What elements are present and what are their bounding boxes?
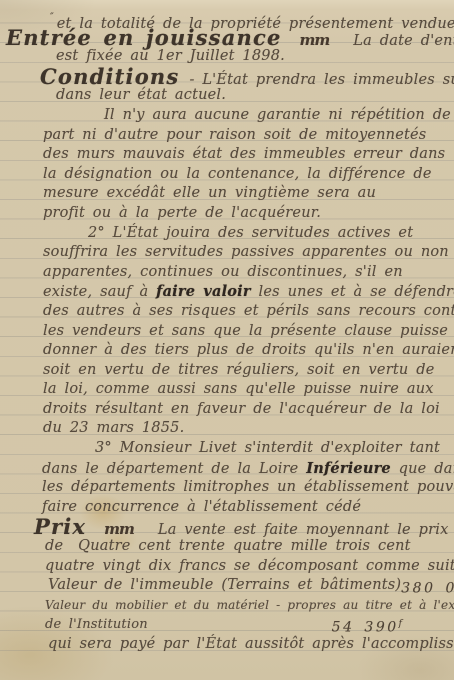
line-text: 2° L'État jouira des servitudes actives … [88, 225, 413, 241]
amount-text: 54 390f [332, 615, 402, 635]
line-text: des murs mauvais état des immeubles erre… [43, 146, 445, 162]
manuscript-line: 3° Monsieur Livet s'interdit d'exploiter… [0, 439, 454, 459]
line-text: quatre vingt dix francs se décomposant c… [45, 558, 454, 574]
rest-text: - L'État prendra les immeubles sus vendu… [189, 72, 454, 88]
manuscript-line: quatre vingt dix francs se décomposant c… [0, 557, 454, 577]
line-text: donner à des tiers plus de droits qu'ils… [43, 342, 454, 358]
line-text: est fixée au 1er Juillet 1898. [56, 48, 285, 64]
emph-text: faire valoir [156, 283, 251, 300]
rest-text: La vente est faite moyennant le prix [158, 522, 449, 538]
manuscript-text: ″et la totalité de la propriété présente… [0, 8, 454, 655]
filler-text: mm [300, 31, 330, 49]
line-text: apparentes, continues ou discontinues, s… [43, 264, 403, 280]
line-text: la loi, comme aussi sans qu'elle puisse … [43, 381, 434, 397]
line-text: les unes et à se défendre [251, 284, 454, 300]
line-text: les départements limitrophes un établiss… [42, 479, 454, 495]
line-text: mesure excédât elle un vingtième sera au [43, 185, 376, 201]
line-text: droits résultant en faveur de l'acquéreu… [43, 401, 440, 417]
line-text: dans leur état actuel. [56, 87, 226, 103]
manuscript-line: dans leur état actuel. [0, 86, 454, 106]
manuscript-line: soit en vertu de titres réguliers, soit … [0, 361, 454, 381]
manuscript-line: des autres à ses risques et périls sans … [0, 302, 454, 322]
line-text: de Quatre cent trente quatre mille trois… [45, 538, 411, 554]
heading-text: Prix [34, 514, 86, 539]
amount-text: 380 000f [401, 576, 454, 596]
emph-text: Inférieure [306, 460, 391, 477]
manuscript-line: qui sera payé par l'État aussitôt après … [0, 635, 454, 655]
manuscript-line: de Quatre cent trente quatre mille trois… [0, 537, 454, 557]
manuscript-line: la désignation ou la contenance, la diff… [0, 165, 454, 185]
manuscript-page: ″et la totalité de la propriété présente… [0, 0, 454, 680]
heading-text: Conditions [40, 64, 179, 89]
currency-suffix: f [399, 619, 402, 629]
manuscript-line: apparentes, continues ou discontinues, s… [0, 263, 454, 283]
manuscript-line: de l'Institution54 390f [0, 615, 454, 635]
manuscript-line: dans le département de la Loire Inférieu… [0, 459, 454, 479]
line-text: qui sera payé par l'État aussitôt après … [48, 636, 454, 652]
manuscript-line: profit ou à la perte de l'acquéreur. [0, 204, 454, 224]
manuscript-line: Conditions- L'État prendra les immeubles… [0, 67, 454, 87]
manuscript-line: part ni d'autre pour raison soit de mito… [0, 126, 454, 146]
line-text: la désignation ou la contenance, la diff… [43, 166, 432, 182]
line-text: des autres à ses risques et périls sans … [43, 303, 454, 319]
line-text: 3° Monsieur Livet s'interdit d'exploiter… [95, 440, 440, 456]
manuscript-line: droits résultant en faveur de l'acquéreu… [0, 400, 454, 420]
manuscript-line: les départements limitrophes un établiss… [0, 478, 454, 498]
manuscript-line: du 23 mars 1855. [0, 419, 454, 439]
line-text: part ni d'autre pour raison soit de mito… [43, 127, 426, 143]
filler-text: mm [104, 520, 134, 538]
line-text: les vendeurs et sans que la présente cla… [43, 323, 448, 339]
line-text: souffrira les servitudes passives appare… [43, 244, 449, 260]
line-text: que dans [391, 461, 454, 477]
caret-mark-text: ″ [50, 12, 53, 23]
line-text: soit en vertu de titres réguliers, soit … [43, 362, 434, 378]
manuscript-line: existe, sauf à faire valoir les unes et … [0, 282, 454, 302]
manuscript-line: les vendeurs et sans que la présente cla… [0, 322, 454, 342]
line-text: profit ou à la perte de l'acquéreur. [43, 205, 321, 221]
line-text: du 23 mars 1855. [43, 420, 184, 436]
heading-text: Entrée en jouissance [6, 25, 282, 50]
manuscript-line: Valeur de l'immeuble (Terrains et bâtime… [0, 576, 454, 596]
manuscript-line: souffrira les servitudes passives appare… [0, 243, 454, 263]
manuscript-line: PrixmmLa vente est faite moyennant le pr… [0, 517, 454, 537]
manuscript-line: Valeur du mobilier et du matériel - prop… [0, 596, 454, 616]
manuscript-line: la loi, comme aussi sans qu'elle puisse … [0, 380, 454, 400]
manuscript-line: donner à des tiers plus de droits qu'ils… [0, 341, 454, 361]
manuscript-line: mesure excédât elle un vingtième sera au [0, 184, 454, 204]
line-text: Valeur du mobilier et du matériel - prop… [45, 598, 454, 612]
line-text: dans le département de la Loire [42, 461, 306, 477]
manuscript-line: Il n'y aura aucune garantie ni répétitio… [0, 106, 454, 126]
manuscript-line: Entrée en jouissancemmLa date d'entrée e… [0, 28, 454, 48]
line-text: faire concurrence à l'établissement cédé [42, 499, 361, 515]
rest-text: La date d'entrée en jouissance [353, 33, 454, 49]
line-text: Il n'y aura aucune garantie ni répétitio… [104, 107, 451, 123]
manuscript-line: 2° L'État jouira des servitudes actives … [0, 224, 454, 244]
label-text: de l'Institution [45, 615, 148, 635]
line-text: existe, sauf à [43, 284, 156, 300]
manuscript-line: des murs mauvais état des immeubles erre… [0, 145, 454, 165]
label-text: Valeur de l'immeuble (Terrains et bâtime… [48, 576, 401, 596]
